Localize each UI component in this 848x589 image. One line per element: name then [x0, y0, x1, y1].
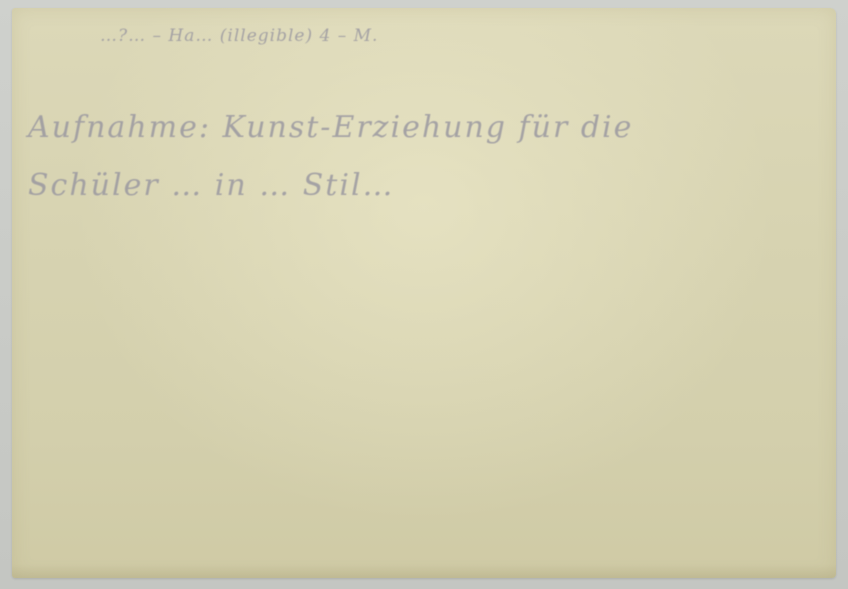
handwritten-caption-line-2: Schüler … in … Stil… [28, 168, 395, 203]
photo-card-back [12, 8, 836, 578]
handwritten-reference-line: …?… – Ha… (illegible) 4 – M. [100, 26, 378, 46]
handwritten-caption-line-1: Aufnahme: Kunst-Erziehung für die [28, 110, 633, 145]
